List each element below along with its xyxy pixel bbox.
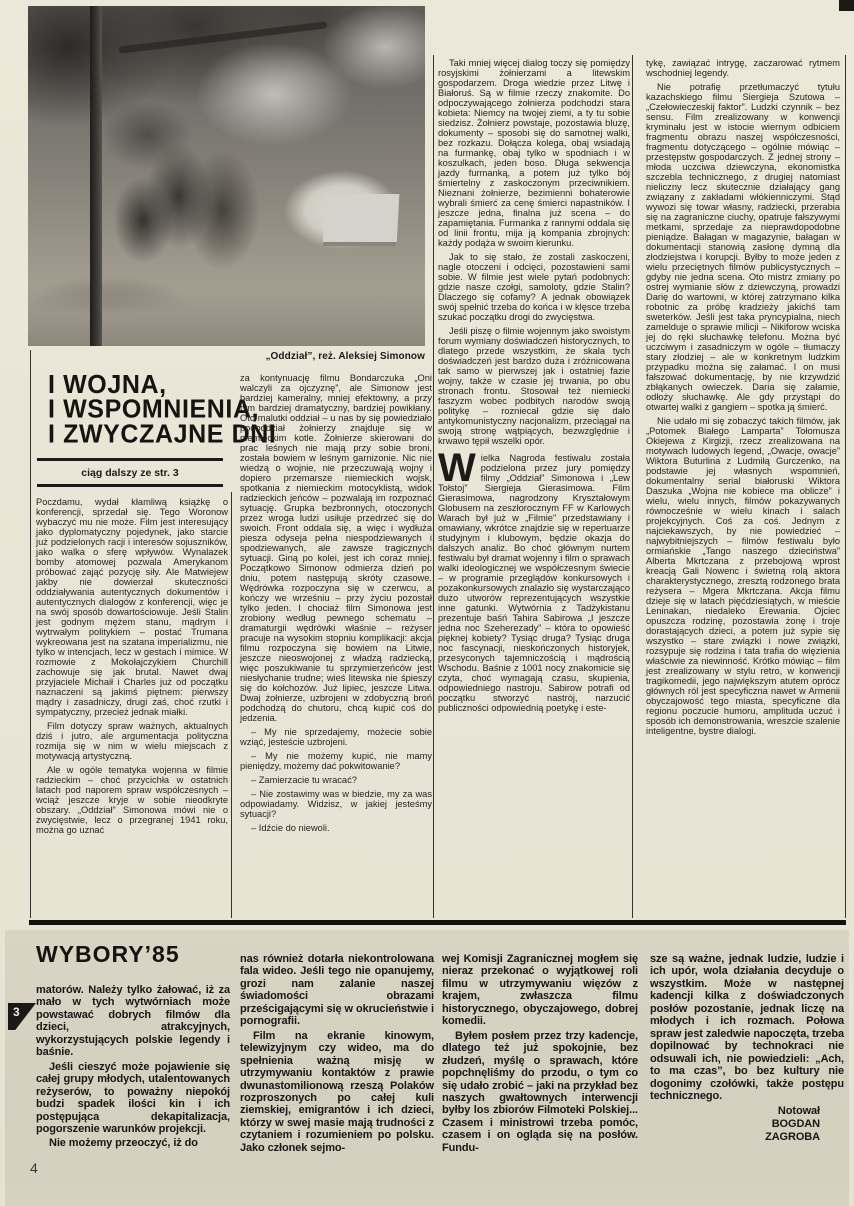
paragraph: – Zamierzacie tu wracać? xyxy=(240,775,432,785)
paragraph: Byłem posłem przez trzy kadencje, dlateg… xyxy=(442,1030,638,1155)
dropcap-letter: W xyxy=(438,453,481,483)
elections-column-2: nas również dotarła niekontrolowana fala… xyxy=(240,953,434,1156)
author-signature: Notował BOGDAN ZAGROBA xyxy=(650,1105,844,1143)
dropcap-paragraph: Wielka Nagroda festiwalu została podziel… xyxy=(438,453,630,713)
article-column-3-text: Taki mniej więcej dialog toczy się pomię… xyxy=(438,58,630,446)
paragraph: Jak to się stało, że zostali zaskoczeni,… xyxy=(438,252,630,322)
paragraph: Nie udało mi się zobaczyć takich filmów,… xyxy=(646,416,840,736)
paragraph: Jeśli piszę o filmie wojennym jako swois… xyxy=(438,326,630,446)
continuation-note-text: ciąg dalszy ze str. 3 xyxy=(81,467,178,479)
paragraph: wej Komisji Zagranicznej mogłem się nier… xyxy=(442,953,638,1028)
paragraph: za kontynuację filmu Bondarczuka „Oni wa… xyxy=(240,373,432,723)
scan-corner-artifact xyxy=(839,0,854,11)
page-number: 4 xyxy=(30,1160,38,1176)
column-rule-2-3 xyxy=(433,55,434,918)
dropcap-paragraph-text: ielka Nagroda festiwalu została podzielo… xyxy=(438,453,630,713)
paragraph: Film dotyczy spraw ważnych, aktualnych d… xyxy=(36,721,228,761)
article-column-3: Taki mniej więcej dialog toczy się pomię… xyxy=(438,58,630,713)
paragraph: Poczdamu, wydał kłamliwą książkę o konfe… xyxy=(36,497,228,717)
paragraph: Film na ekranie kinowym, telewizyjnym cz… xyxy=(240,1030,434,1155)
photo-pole xyxy=(90,6,102,346)
elections-column-4: sze są ważne, jednak ludzie, ludzie i ic… xyxy=(650,953,844,1144)
paragraph: tykę, zawiązać intrygę, zaczarować rytme… xyxy=(646,58,840,78)
paragraph: – Idźcie do niewoli. xyxy=(240,823,432,833)
photo-caption: „Oddział”, reż. Aleksiej Simonow xyxy=(238,351,425,362)
signature-line: ZAGROBA xyxy=(650,1131,820,1144)
paragraph: Nie możemy przeoczyć, iż do xyxy=(36,1137,230,1149)
paragraph: – Nie zostawimy was w biedzie, my za was… xyxy=(240,789,432,819)
photo-branch xyxy=(118,21,327,54)
elections-column-3: wej Komisji Zagranicznej mogłem się nier… xyxy=(442,953,638,1156)
column-rule-right xyxy=(845,55,846,918)
section-divider-rule xyxy=(29,920,846,925)
continuation-note: ciąg dalszy ze str. 3 xyxy=(37,458,223,487)
continued-from-page-number: 3 xyxy=(13,1005,20,1019)
article-column-4: tykę, zawiązać intrygę, zaczarować rytme… xyxy=(646,58,840,740)
paragraph: Ale w ogóle tematyka wojenna w filmie ra… xyxy=(36,765,228,835)
magazine-page: „Oddział”, reż. Aleksiej Simonow I WOJNA… xyxy=(0,0,854,1206)
paragraph: sze są ważne, jednak ludzie, ludzie i ic… xyxy=(650,953,844,1102)
article-photo xyxy=(28,6,425,346)
paragraph: – My nie sprzedajemy, możecie sobie wzią… xyxy=(240,727,432,747)
elections-heading: WYBORY’85 xyxy=(36,941,180,968)
paragraph: – My nie możemy kupić, nie mamy pieniędz… xyxy=(240,751,432,771)
photo-building xyxy=(323,194,400,246)
paragraph: Jeśli cieszyć może pojawienie się całej … xyxy=(36,1061,230,1136)
paragraph: Taki mniej więcej dialog toczy się pomię… xyxy=(438,58,630,248)
paragraph: nas również dotarła niekontrolowana fala… xyxy=(240,953,434,1028)
column-rule-left xyxy=(30,350,31,918)
signature-line: Notował xyxy=(650,1105,820,1118)
column-rule-3-4 xyxy=(632,55,633,918)
article-column-1: Poczdamu, wydał kłamliwą książkę o konfe… xyxy=(36,497,228,839)
elections-column-4-text: sze są ważne, jednak ludzie, ludzie i ic… xyxy=(650,953,844,1102)
column-rule-1-2 xyxy=(231,492,232,918)
article-column-2: za kontynuację filmu Bondarczuka „Oni wa… xyxy=(240,373,432,837)
signature-line: BOGDAN xyxy=(650,1118,820,1131)
photo-ground xyxy=(28,288,425,346)
paragraph: matorów. Należy tylko żałować, iż za mał… xyxy=(36,984,230,1059)
elections-column-1: matorów. Należy tylko żałować, iż za mał… xyxy=(36,984,230,1152)
paragraph: Nie potrafię przetłumaczyć tytułu kazach… xyxy=(646,82,840,412)
